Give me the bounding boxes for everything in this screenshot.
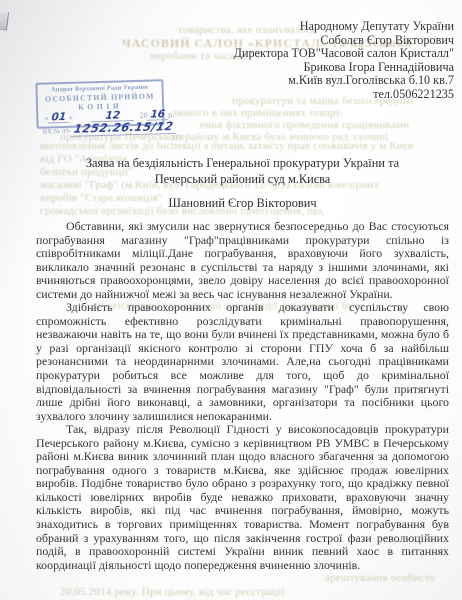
document-page: товариства, яке планувалось ЧАСОВИЙ САЛО… xyxy=(0,0,462,600)
recipient-line: Брикова Ігора Геннадійовича xyxy=(154,61,454,75)
bleedthrough-text: званого в них приміщеннях товару. xyxy=(172,107,343,119)
salutation: Шановний Єгор Вікторович xyxy=(36,196,449,212)
recipient-block: Народному Депутату України Соболєв Єгор … xyxy=(154,20,454,101)
stamp-quote: » xyxy=(69,113,73,122)
recipient-line: м.Київ вул.Гоголівська б.10 кв.7 xyxy=(154,74,454,88)
stamp-handwritten-day: 01 xyxy=(48,113,70,124)
paragraph: Так, відразу після Революції Гідності у … xyxy=(36,423,449,572)
document-title-line: Печерський районий суд м.Києва xyxy=(36,172,449,188)
registration-stamp: Апарат Верховної Ради України ОСОБИСТИЙ … xyxy=(35,79,164,129)
stamp-year-suffix: р. xyxy=(168,110,174,119)
bleedthrough-text: арештування особисто xyxy=(325,572,435,584)
title-block: Заява на бездіяльність Генеральної проку… xyxy=(36,156,449,212)
document-title-line: Заява на бездіяльність Генеральної проку… xyxy=(36,156,449,172)
bleedthrough-text: ення фіктивного проведення працівниками xyxy=(200,119,409,131)
bleedthrough-text: виготовлення листів до Інспекції з питан… xyxy=(40,140,413,152)
recipient-line: Народному Депутату України xyxy=(154,20,454,34)
paragraph: Обставини, які змусили нас звернутися бе… xyxy=(36,220,449,301)
recipient-line: Директора ТОВ"Часовой салон Кристалл" xyxy=(154,47,454,61)
letter-body: Обставини, які змусили нас звернутися бе… xyxy=(36,220,449,572)
recipient-line: Соболєв Єгор Вікторович xyxy=(154,34,454,48)
paragraph: Здібність правоохоронних органів доказув… xyxy=(36,301,449,423)
bleedthrough-text: 20.05.2014 року. При цьому, від час реєс… xyxy=(60,586,285,598)
recipient-line: тел.0506221235 xyxy=(154,88,454,102)
stamp-reg-label: ВХ.№ 09- xyxy=(43,128,72,136)
